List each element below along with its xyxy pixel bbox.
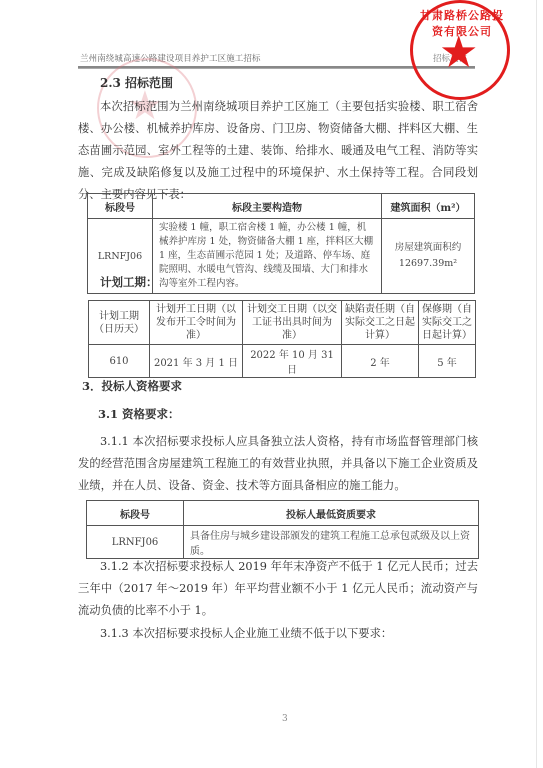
page-edge [536,0,537,768]
paragraph-3-1-2: 3.1.2 本次招标要求投标人 2019 年年末净资产不低于 1 亿元人民币；过… [78,556,478,622]
section-3-1-3: 3.1.3 本次招标要求投标人企业施工业绩不低于以下要求： [78,623,478,645]
section-2-3-paragraph: 本次招标范围为兰州南绕城项目养护工区施工（主要包括实验楼、职工宿舍楼、办公楼、机… [78,96,478,206]
section-3-heading: 3．投标人资格要求 [82,378,182,394]
col-header-start: 计划开工日期（以发布开工令时间为准） [150,301,243,345]
cell-warranty: 5 年 [419,345,476,378]
col-header-structures: 标段主要构造物 [153,194,382,219]
col-header-requirement: 投标人最低资质要求 [184,501,479,526]
table-header-row: 标段号 标段主要构造物 建筑面积（m²） [88,194,475,219]
cell-section: LRNFJ06 [87,526,184,559]
page-number: 3 [282,714,288,724]
section-2-3-heading: 2.3 招标范围 [100,74,173,91]
col-header-duration: 计划工期（日历天） [89,301,150,345]
cell-defect-period: 2 年 [342,345,419,378]
paragraph-3-1-1: 3.1.1 本次招标要求投标人应具备独立法人资格，持有市场监督管理部门核发的经营… [78,431,478,497]
col-header-warranty: 保修期（自实际交工之日起计算） [419,301,476,345]
cell-start: 2021 年 3 月 1 日 [150,345,243,378]
schedule-table: 计划工期（日历天） 计划开工日期（以发布开工令时间为准） 计划交工日期（以交工证… [88,300,476,378]
section-3-1-1: 3.1.1 本次招标要求投标人应具备独立法人资格，持有市场监督管理部门核发的经营… [78,431,478,497]
red-company-seal: 甘肃路桥公路投资有限公司 ★ [410,0,510,100]
col-header-section: 标段号 [88,194,153,219]
cell-requirement: 具备住房与城乡建设部颁发的建筑工程施工总承包贰级及以上资质。 [184,526,479,559]
star-icon: ★ [439,31,478,75]
cell-structures: 实验楼 1 幢，职工宿舍楼 1 幢，办公楼 1 幢，机械养护库房 1 处，物资储… [153,219,382,294]
cell-area: 房屋建筑面积约 12697.39m² [382,219,475,294]
paragraph-3-1-3: 3.1.3 本次招标要求投标人企业施工业绩不低于以下要求： [78,623,478,645]
schedule-title: 计划工期： [100,274,158,290]
cell-duration: 610 [89,345,150,378]
scope-paragraph: 本次招标范围为兰州南绕城项目养护工区施工（主要包括实验楼、职工宿舍楼、办公楼、机… [78,96,478,206]
col-header-defect-period: 缺陷责任期（自实际交工之日起计算） [342,301,419,345]
col-header-finish: 计划交工日期（以交工证书出具时间为准） [243,301,342,345]
section-3-1-heading: 3.1 资格要求： [98,406,180,422]
table-header-row: 计划工期（日历天） 计划开工日期（以发布开工令时间为准） 计划交工日期（以交工证… [89,301,476,345]
col-header-area: 建筑面积（m²） [382,194,475,219]
table-row: LRNFJ06 具备住房与城乡建设部颁发的建筑工程施工总承包贰级及以上资质。 [87,526,479,559]
header-title: 兰州南绕城高速公路建设项目养护工区施工招标 [80,52,261,64]
cell-finish: 2022 年 10 月 31 日 [243,345,342,378]
qualification-table: 标段号 投标人最低资质要求 LRNFJ06 具备住房与城乡建设部颁发的建筑工程施… [86,500,479,559]
table-header-row: 标段号 投标人最低资质要求 [87,501,479,526]
section-3-1-2: 3.1.2 本次招标要求投标人 2019 年年末净资产不低于 1 亿元人民币；过… [78,556,478,622]
table-row: 610 2021 年 3 月 1 日 2022 年 10 月 31 日 2 年 … [89,345,476,378]
col-header-section: 标段号 [87,501,184,526]
